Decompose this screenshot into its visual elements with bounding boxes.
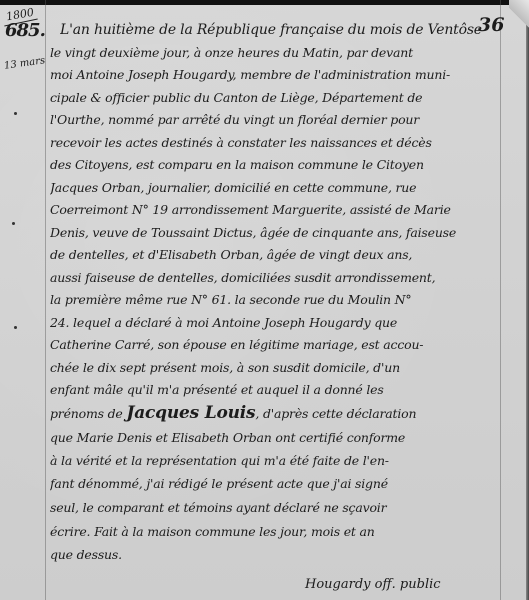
record-line-6: recevoir les actes destinés à constater … bbox=[50, 135, 495, 151]
record-line-22: seul, le comparant et témoins ayant décl… bbox=[50, 500, 495, 516]
officer-signature: Hougardy off. public bbox=[305, 577, 441, 592]
record-line-4: cipale & officier public du Canton de Li… bbox=[50, 90, 495, 106]
record-line-16: chée le dix sept présent mois, à son sus… bbox=[50, 360, 495, 376]
record-line-19: que Marie Denis et Elisabeth Orban ont c… bbox=[50, 430, 495, 446]
record-line-7: des Citoyens, est comparu en la maison c… bbox=[50, 157, 495, 173]
ink-dot bbox=[14, 112, 17, 115]
record-line-18-prefix: prénoms de bbox=[50, 406, 126, 421]
record-line-21: fant dénommé, j'ai rédigé le présent act… bbox=[50, 476, 495, 492]
record-line-18-suffix: , d'après cette déclaration bbox=[255, 406, 416, 421]
record-line-1: L'an huitième de la République française… bbox=[60, 22, 490, 38]
record-line-13: la première même rue N° 61. la seconde r… bbox=[50, 292, 495, 308]
record-line-8: Jacques Orban, journalier, domicilié en … bbox=[50, 180, 495, 196]
record-line-9: Coerreimont N° 19 arrondissement Marguer… bbox=[50, 202, 495, 218]
record-line-23: écrire. Fait à la maison commune les jou… bbox=[50, 524, 495, 540]
page-corner-fold bbox=[509, 0, 529, 30]
ink-dot bbox=[14, 326, 17, 329]
record-line-18: prénoms de Jacques Louis, d'après cette … bbox=[50, 405, 495, 422]
child-name: Jacques Louis bbox=[126, 405, 255, 422]
record-line-10: Denis, veuve de Toussaint Dictus, âgée d… bbox=[50, 225, 495, 241]
record-line-2: le vingt deuxième jour, à onze heures du… bbox=[50, 45, 495, 61]
register-page: 1800 685. 13 mars 36 L'an huitième de la… bbox=[0, 0, 529, 600]
record-line-12: aussi faiseuse de dentelles, domiciliées… bbox=[50, 270, 495, 286]
ink-dot bbox=[12, 222, 15, 225]
record-line-5: l'Ourthe, nommé par arrêté du vingt un f… bbox=[50, 112, 495, 128]
record-line-11: de dentelles, et d'Elisabeth Orban, âgée… bbox=[50, 247, 495, 263]
page-top-edge bbox=[0, 0, 529, 5]
record-line-17: enfant mâle qu'il m'a présenté et auquel… bbox=[50, 382, 495, 398]
record-line-3: moi Antoine Joseph Hougardy, membre de l… bbox=[50, 67, 495, 83]
right-margin-rule bbox=[500, 0, 501, 600]
entry-number: 685. bbox=[5, 20, 45, 41]
record-line-15: Catherine Carré, son épouse en légitime … bbox=[50, 337, 495, 353]
margin-date: 13 mars bbox=[3, 55, 45, 72]
left-margin-rule bbox=[45, 0, 46, 600]
record-line-20: à la vérité et la représentation qui m'a… bbox=[50, 453, 495, 469]
record-line-14: 24. lequel a déclaré à moi Antoine Josep… bbox=[50, 315, 495, 331]
record-line-24: que dessus. bbox=[50, 547, 495, 563]
